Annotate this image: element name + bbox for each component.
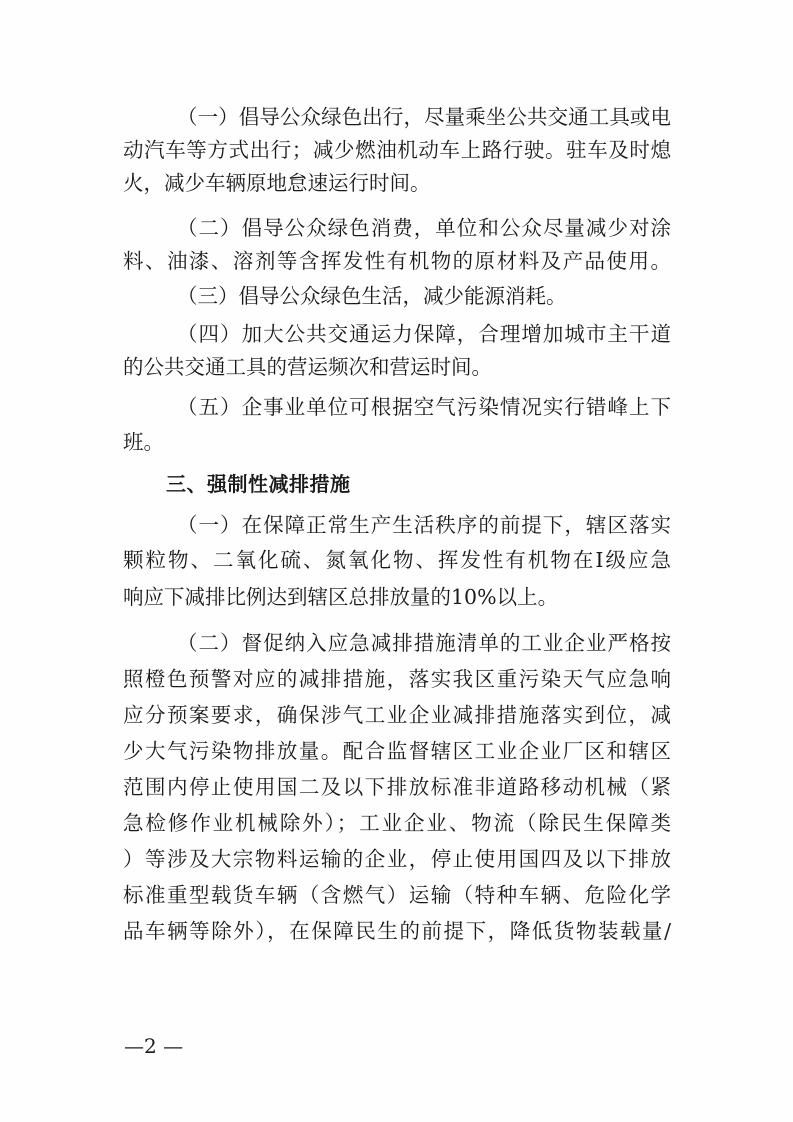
- paragraph-line: （三）倡导公众绿色生活，减少能源消耗。: [177, 280, 671, 313]
- paragraph-line: 的公共交通工具的营运频次和营运时间。: [123, 351, 671, 384]
- document-page: （一）倡导公众绿色出行，尽量乘坐公共交通工具或电 动汽车等方式出行；减少燃油机动…: [0, 0, 793, 1122]
- paragraph-line: （一）倡导公众绿色出行，尽量乘坐公共交通工具或电: [177, 101, 671, 134]
- paragraph-line: （四）加大公共交通运力保障，合理增加城市主干道: [177, 318, 671, 351]
- paragraph-line: （一）在保障正常生产生活秩序的前提下，辖区落实: [177, 509, 671, 542]
- section-heading: 三、强制性减排措施: [166, 468, 351, 501]
- paragraph-line: 标准重型载货车辆（含燃气）运输（特种车辆、危险化学: [123, 879, 671, 912]
- paragraph-line: 班。: [123, 426, 671, 459]
- paragraph-line: 品车辆等除外），在保障民生的前提下，降低货物装载量/: [123, 915, 671, 948]
- paragraph-line: 动汽车等方式出行；减少燃油机动车上路行驶。驻车及时熄: [123, 134, 671, 167]
- paragraph-line: （二）倡导公众绿色消费，单位和公众尽量减少对涂: [177, 212, 671, 245]
- paragraph-line: （五）企事业单位可根据空气污染情况实行错峰上下: [177, 391, 671, 424]
- page-number: —2 —: [124, 1034, 183, 1058]
- paragraph-line: 少大气污染物排放量。配合监督辖区工业企业厂区和辖区: [123, 735, 671, 768]
- paragraph-line: ）等涉及大宗物料运输的企业，停止使用国四及以下排放: [123, 843, 671, 876]
- paragraph-line: （二）督促纳入应急减排措施清单的工业企业严格按: [177, 627, 671, 660]
- paragraph-line: 料、油漆、溶剂等含挥发性有机物的原材料及产品使用。: [123, 245, 671, 278]
- paragraph-line: 响应下减排比例达到辖区总排放量的10%以上。: [123, 581, 671, 614]
- paragraph-line: 急检修作业机械除外）；工业企业、物流（除民生保障类: [123, 807, 671, 840]
- paragraph-line: 应分预案要求，确保涉气工业企业减排措施落实到位，减: [123, 699, 671, 732]
- paragraph-line: 颗粒物、二氧化硫、氮氧化物、挥发性有机物在Ⅰ级应急: [123, 544, 671, 577]
- paragraph-line: 范围内停止使用国二及以下排放标准非道路移动机械（紧: [123, 771, 671, 804]
- paragraph-line: 照橙色预警对应的减排措施，落实我区重污染天气应急响: [123, 663, 671, 696]
- paragraph-line: 火，减少车辆原地怠速运行时间。: [123, 167, 671, 200]
